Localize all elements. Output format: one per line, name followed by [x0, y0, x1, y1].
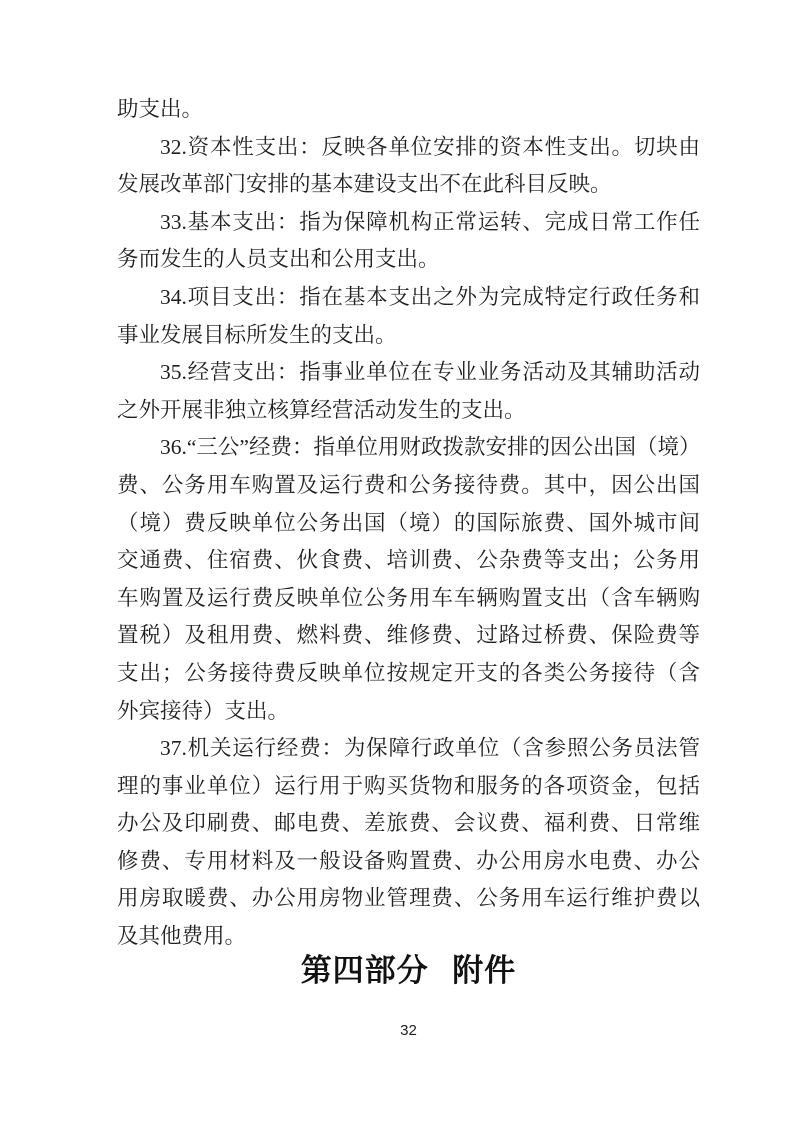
- paragraph-36-three-public-funds: 36.“三公”经费：指单位用财政拨款安排的因公出国（境）费、公务用车购置及运行费…: [117, 429, 700, 730]
- text-line: （境）费反映单位公务出国（境）的国际旅费、国外城市间: [117, 505, 700, 543]
- page-number: 32: [117, 1021, 700, 1041]
- text-line: 助支出。: [117, 91, 700, 129]
- text-line: 理的事业单位）运行用于购买货物和服务的各项资金，包括: [117, 768, 700, 806]
- text-line: 33.基本支出：指为保障机构正常运转、完成日常工作任: [117, 204, 700, 242]
- text-line: 办公及印刷费、邮电费、差旅费、会议费、福利费、日常维: [117, 805, 700, 843]
- text-line: 务而发生的人员支出和公用支出。: [117, 241, 700, 279]
- text-line: 交通费、住宿费、伙食费、培训费、公杂费等支出；公务用: [117, 542, 700, 580]
- text-line: 37.机关运行经费：为保障行政单位（含参照公务员法管: [117, 730, 700, 768]
- document-page: 助支出。32.资本性支出：反映各单位安排的资本性支出。切块由发展改革部门安排的基…: [0, 0, 793, 1122]
- text-line: 35.经营支出：指事业单位在专业业务活动及其辅助活动: [117, 354, 700, 392]
- text-line: 34.项目支出：指在基本支出之外为完成特定行政任务和: [117, 279, 700, 317]
- text-line: 发展改革部门安排的基本建设支出不在此科目反映。: [117, 166, 700, 204]
- text-line: 车购置及运行费反映单位公务用车车辆购置支出（含车辆购: [117, 580, 700, 618]
- text-line: 36.“三公”经费：指单位用财政拨款安排的因公出国（境）: [117, 429, 700, 467]
- text-line: 修费、专用材料及一般设备购置费、办公用房水电费、办公: [117, 843, 700, 881]
- text-line: 支出；公务接待费反映单位按规定开支的各类公务接待（含: [117, 655, 700, 693]
- document-body: 助支出。32.资本性支出：反映各单位安排的资本性支出。切块由发展改革部门安排的基…: [117, 91, 700, 956]
- paragraph-37-agency-operating-funds: 37.机关运行经费：为保障行政单位（含参照公务员法管理的事业单位）运行用于购买货…: [117, 730, 700, 956]
- paragraph-31-continuation: 助支出。: [117, 91, 700, 129]
- text-line: 用房取暖费、办公用房物业管理费、公务用车运行维护费以: [117, 880, 700, 918]
- text-line: 之外开展非独立核算经营活动发生的支出。: [117, 392, 700, 430]
- paragraph-32-capital-expenditure: 32.资本性支出：反映各单位安排的资本性支出。切块由发展改革部门安排的基本建设支…: [117, 129, 700, 204]
- paragraph-33-basic-expenditure: 33.基本支出：指为保障机构正常运转、完成日常工作任务而发生的人员支出和公用支出…: [117, 204, 700, 279]
- text-line: 32.资本性支出：反映各单位安排的资本性支出。切块由: [117, 129, 700, 167]
- text-line: 外宾接待）支出。: [117, 693, 700, 731]
- section-heading: 第四部分 附件: [117, 950, 700, 992]
- paragraph-34-project-expenditure: 34.项目支出：指在基本支出之外为完成特定行政任务和事业发展目标所发生的支出。: [117, 279, 700, 354]
- text-line: 费、公务用车购置及运行费和公务接待费。其中，因公出国: [117, 467, 700, 505]
- paragraph-35-operating-expenditure: 35.经营支出：指事业单位在专业业务活动及其辅助活动之外开展非独立核算经营活动发…: [117, 354, 700, 429]
- text-line: 置税）及租用费、燃料费、维修费、过路过桥费、保险费等: [117, 617, 700, 655]
- text-line: 事业发展目标所发生的支出。: [117, 317, 700, 355]
